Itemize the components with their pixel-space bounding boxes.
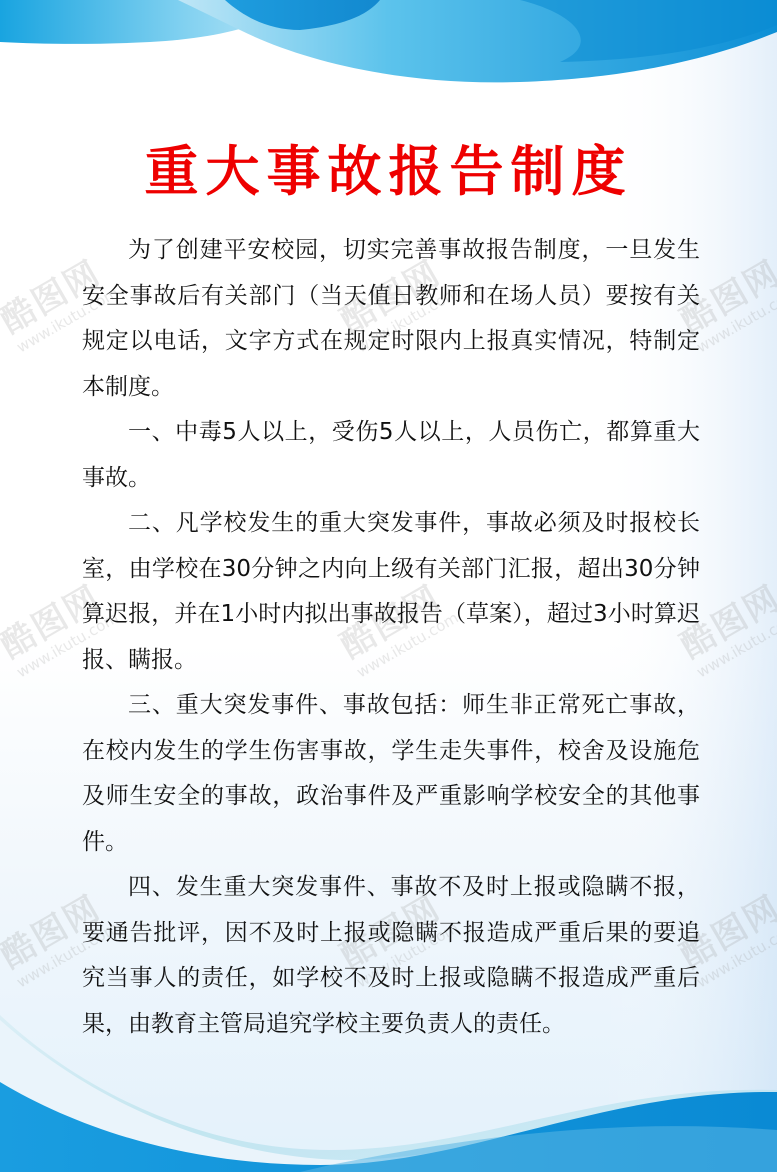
document-body: 为了创建平安校园，切实完善事故报告制度，一旦发生安全事故后有关部门（当天值日教师…: [82, 228, 700, 1047]
clause-4-paragraph: 四、发生重大突发事件、事故不及时上报或隐瞒不报，要通告批评，因不及时上报或隐瞒不…: [82, 865, 700, 1047]
clause-2-paragraph: 二、凡学校发生的重大突发事件，事故必须及时报校长室，由学校在30分钟之内向上级有…: [82, 501, 700, 683]
clause-3-paragraph: 三、重大突发事件、事故包括：师生非正常死亡事故，在校内发生的学生伤害事故，学生走…: [82, 683, 700, 865]
intro-paragraph: 为了创建平安校园，切实完善事故报告制度，一旦发生安全事故后有关部门（当天值日教师…: [82, 228, 700, 410]
clause-1-paragraph: 一、中毒5人以上，受伤5人以上，人员伤亡，都算重大事故。: [82, 410, 700, 501]
page-title: 重大事故报告制度: [0, 140, 777, 204]
